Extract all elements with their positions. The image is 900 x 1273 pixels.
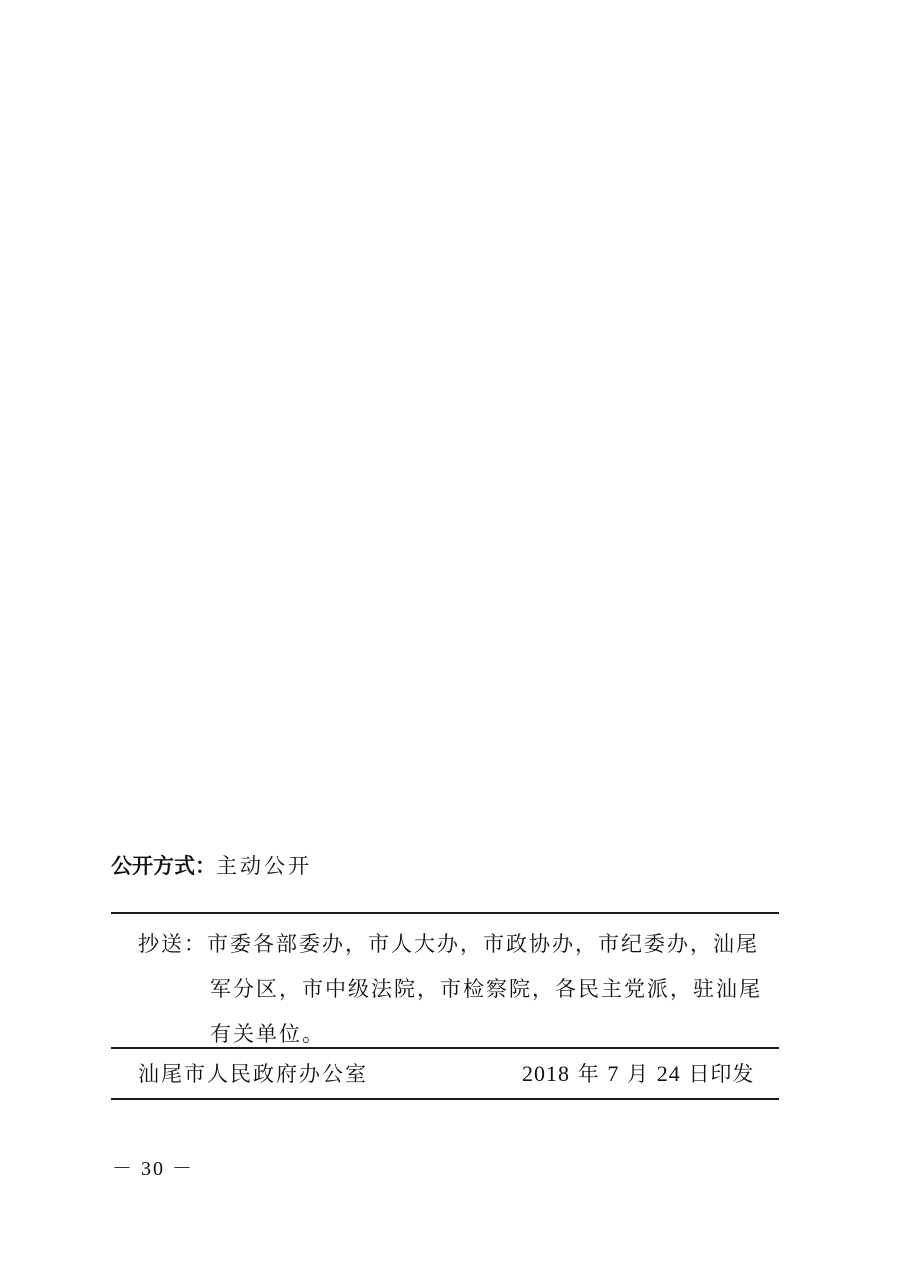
- issue-year-unit: 年: [578, 1062, 600, 1086]
- cc-recipients: 抄送：市委各部委办，市人大办，市政协办，市纪委办，汕尾 军分区，市中级法院，市检…: [138, 922, 788, 1057]
- cc-line-1: 抄送：市委各部委办，市人大办，市政协办，市纪委办，汕尾: [138, 922, 788, 967]
- issue-year: 2018: [522, 1061, 570, 1086]
- page-number: － 30 －: [112, 1155, 194, 1183]
- issue-month-unit: 月: [627, 1062, 649, 1086]
- disclosure-label: 公开方式：: [111, 854, 216, 878]
- divider-middle: [111, 1047, 779, 1049]
- disclosure-method: 公开方式：主动公开: [111, 851, 312, 881]
- cc-label: 抄送：: [138, 932, 207, 956]
- divider-top: [111, 912, 779, 914]
- issue-day-unit: 日印发: [688, 1062, 754, 1086]
- cc-line-3: 有关单位。: [138, 1012, 788, 1057]
- cc-line-2: 军分区，市中级法院，市检察院，各民主党派，驻汕尾: [138, 967, 788, 1012]
- issuing-office: 汕尾市人民政府办公室: [138, 1058, 368, 1090]
- divider-bottom: [111, 1098, 779, 1100]
- issue-date: 2018 年 7 月 24 日印发: [522, 1058, 754, 1090]
- issue-month: 7: [607, 1061, 619, 1086]
- cc-text-1: 市委各部委办，市人大办，市政协办，市纪委办，汕尾: [207, 932, 759, 956]
- issue-day: 24: [657, 1061, 681, 1086]
- disclosure-value: 主动公开: [216, 854, 312, 878]
